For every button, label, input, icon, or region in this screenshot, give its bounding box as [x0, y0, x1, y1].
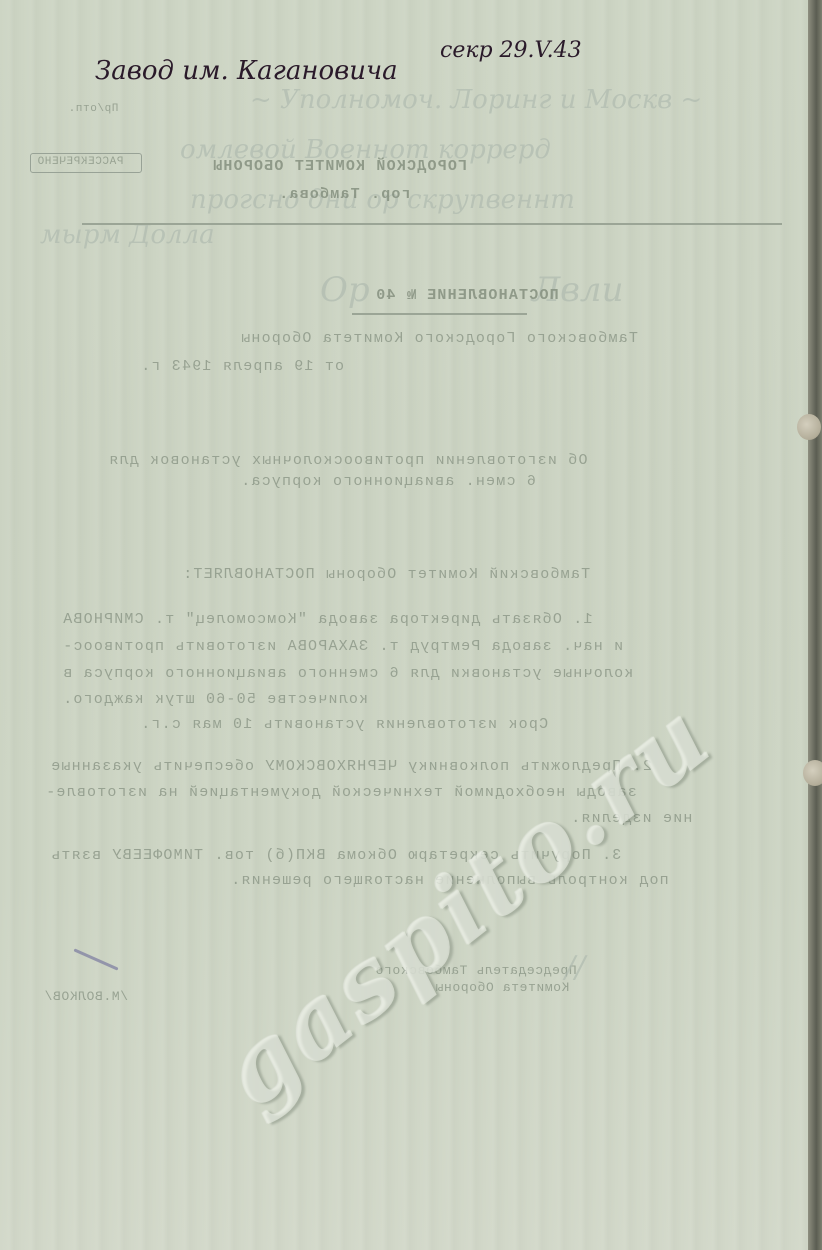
- binding-hole-bottom: [803, 760, 822, 786]
- title-underline: [352, 313, 527, 315]
- document-title: ПОСТАНОВЛЕНИЕ № 40: [375, 287, 559, 304]
- binding-hole-top: [797, 414, 821, 440]
- signature-scribble: //: [565, 950, 585, 985]
- preamble: Тамбовский Комитет Обороны ПОСТАНОВЛЯЕТ:: [182, 566, 590, 583]
- top-left-mark: Пр/отп.: [68, 103, 118, 115]
- handwritten-secret-date: секр 29.V.43: [440, 38, 582, 63]
- bleed-through-handwriting: мырм Долла: [40, 220, 215, 250]
- subject-line-2: 6 смен. авиационного корпуса.: [240, 473, 536, 490]
- page-binding-edge: [808, 0, 822, 1250]
- bleed-through-handwriting: ~ Уполномоч. Лоринг и Москв ~: [250, 85, 702, 115]
- subject-line-1: Об изготовлении противоосколочных устано…: [108, 452, 587, 469]
- site-watermark: gaspito.ru: [200, 678, 732, 1129]
- subtitle-line-1: Тамбовского Городского Комитета Обороны: [240, 330, 638, 347]
- pencil-mark: [73, 948, 118, 970]
- paragraph-1-line-1: 1. Обязать директора завода "Комсомолец"…: [62, 611, 592, 628]
- letterhead-line-1: ГОРОДСКОЙ КОМИТЕТ ОБОРОНЫ: [212, 158, 467, 175]
- letterhead-line-2: гор. Тамбова.: [278, 186, 411, 203]
- paragraph-1-deadline: Срок изготовления установить 10 мая с.г.: [140, 716, 548, 733]
- paragraph-1-line-2: и нач. завода Ремтруд т. ЗАХАРОВА изгото…: [62, 638, 623, 655]
- declassified-stamp-text: РАССЕКРЕЧЕНО: [37, 156, 123, 168]
- signatory-name: /М.ВОЛКОВ/: [44, 989, 128, 1004]
- subtitle-line-2: от 19 апреля 1943 г.: [140, 358, 344, 375]
- handwritten-addressee: Завод им. Кагановича: [95, 56, 398, 86]
- declassified-stamp: РАССЕКРЕЧЕНО: [30, 153, 142, 173]
- document-page: ~ Уполномоч. Лоринг и Москв ~ омлевой Во…: [0, 0, 808, 1250]
- letterhead-divider: [82, 223, 782, 225]
- paragraph-1-line-3: колочные установки для 6 сменного авиаци…: [62, 665, 633, 682]
- paragraph-1-line-4: количестве 50-60 штук каждого.: [62, 691, 368, 708]
